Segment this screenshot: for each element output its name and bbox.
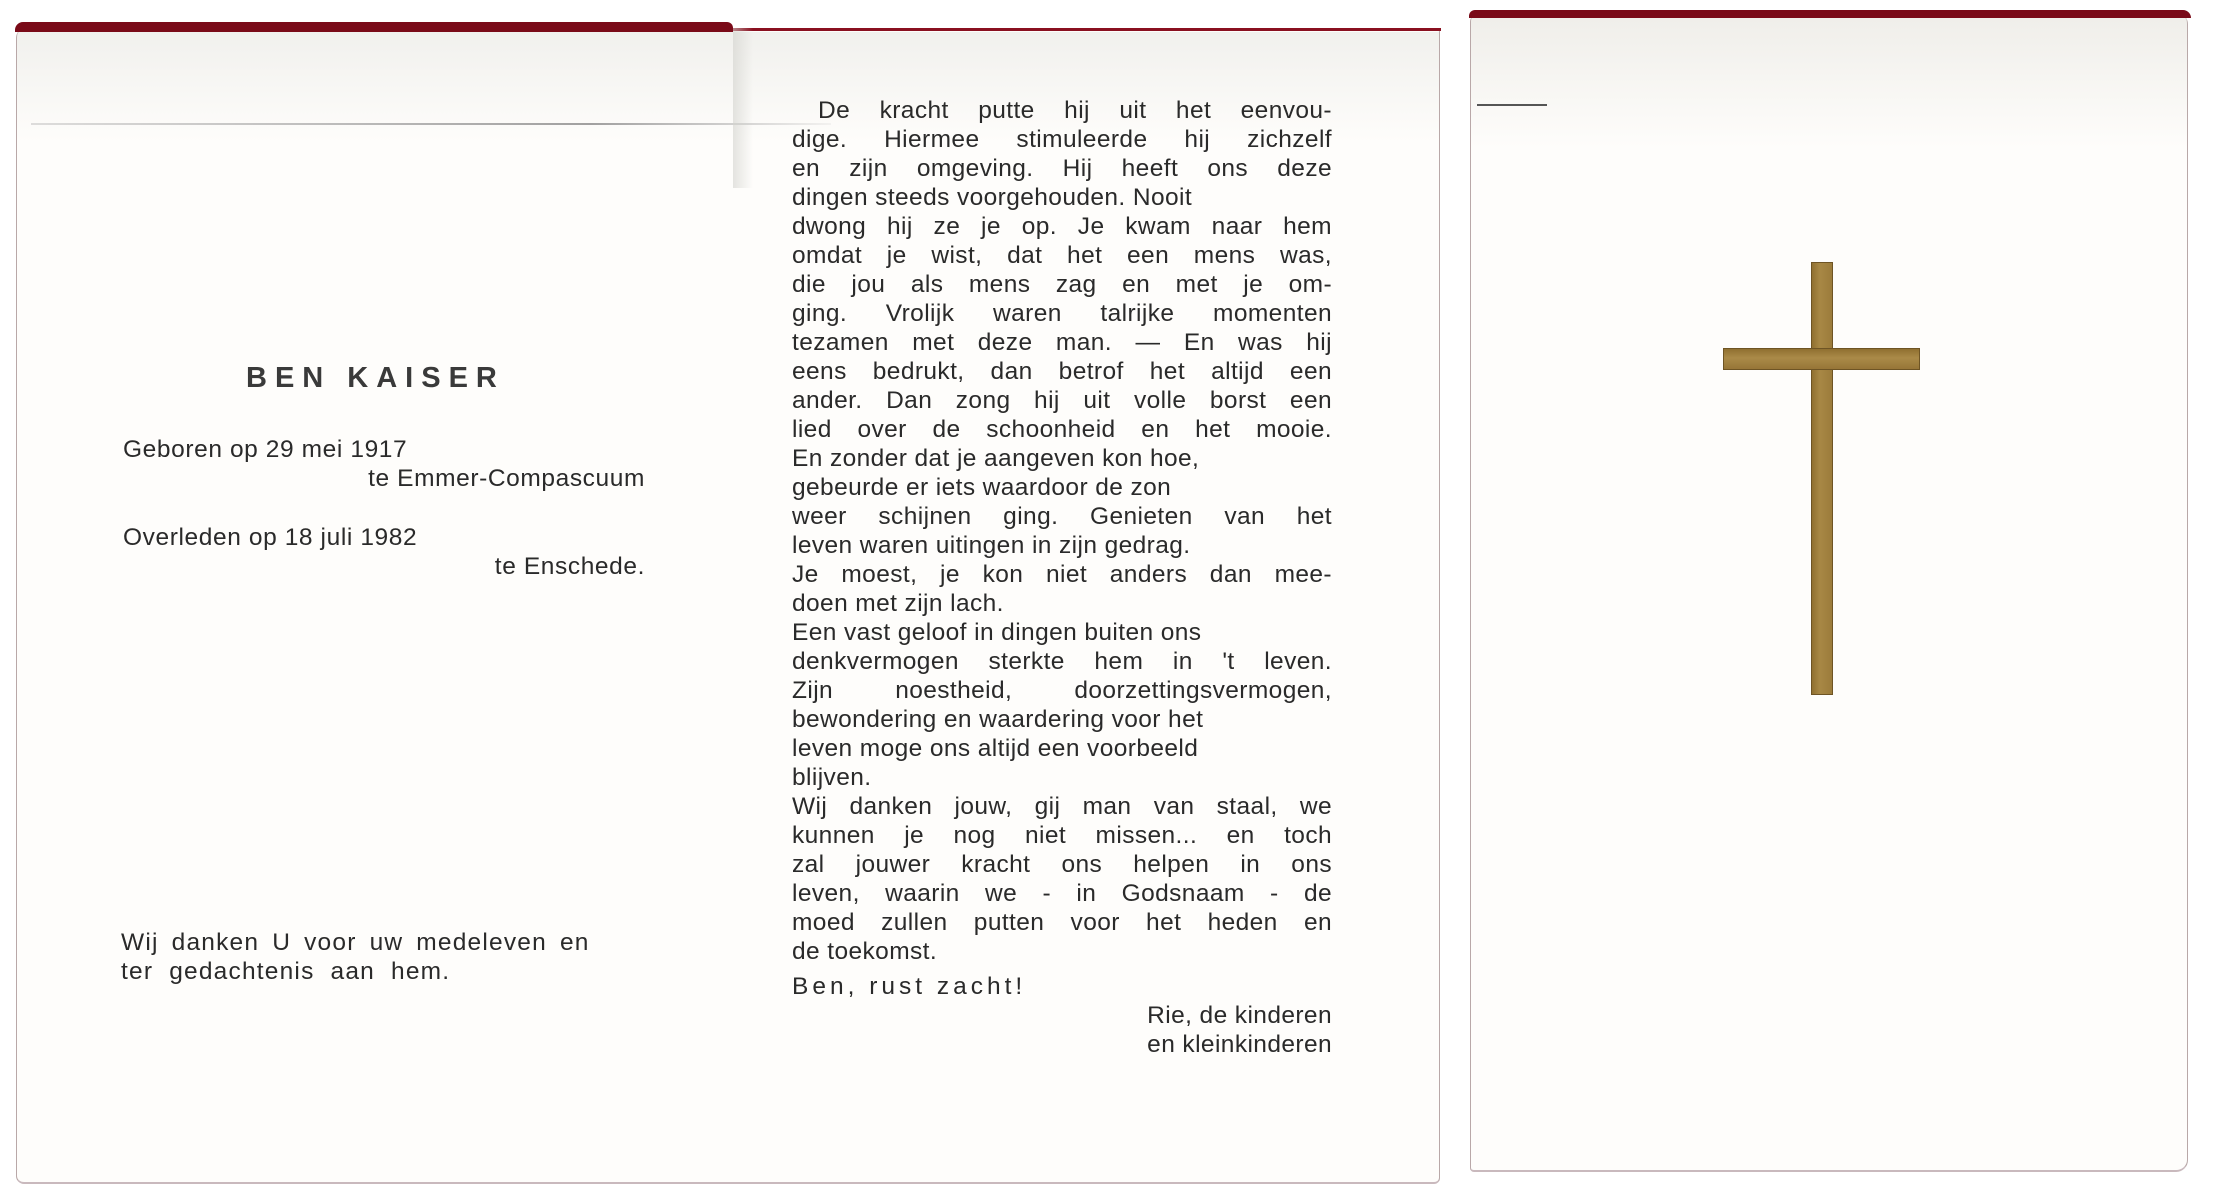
text-line: moed zullen putten voor het heden en: [792, 908, 1332, 937]
text-line: eens bedrukt, dan betrof het altijd een: [792, 357, 1332, 386]
text-line: de toekomst.: [792, 937, 1332, 966]
memorial-text: De kracht putte hij uit het eenvou-dige.…: [792, 96, 1332, 1059]
text-line: ging. Vrolijk waren talrijke momenten: [792, 299, 1332, 328]
text-line: omdat je wist, dat het een mens was,: [792, 241, 1332, 270]
text-line: En zonder dat je aangeven kon hoe,: [792, 444, 1332, 473]
cross-vertical-bar: [1811, 262, 1833, 695]
birth-date: Geboren op 29 mei 1917: [123, 436, 407, 464]
text-line: Zijn noestheid, doorzettingsvermogen,: [792, 676, 1332, 705]
signature-line: Rie, de kinderen: [792, 1001, 1332, 1030]
deceased-name: BEN KAISER: [246, 362, 505, 395]
text-line: De kracht putte hij uit het eenvou-: [792, 96, 1332, 125]
text-line: dwong hij ze je op. Je kwam naar hem: [792, 212, 1332, 241]
farewell-line: Ben, rust zacht!: [792, 972, 1332, 1001]
birth-place: te Emmer-Compascuum: [300, 465, 645, 493]
text-line: kunnen je nog niet missen... en toch: [792, 821, 1332, 850]
text-line: doen met zijn lach.: [792, 589, 1332, 618]
text-line: Een vast geloof in dingen buiten ons: [792, 618, 1332, 647]
text-line: weer schijnen ging. Genieten van het: [792, 502, 1332, 531]
text-line: dingen steeds voorgehouden. Nooit: [792, 183, 1332, 212]
text-line: leven, waarin we - in Godsnaam - de: [792, 879, 1332, 908]
red-edge: [15, 22, 733, 32]
text-line: bewondering en waardering voor het: [792, 705, 1332, 734]
text-line: blijven.: [792, 763, 1332, 792]
text-line: tezamen met deze man. — En was hij: [792, 328, 1332, 357]
signature-line: en kleinkinderen: [792, 1030, 1332, 1059]
text-line: lied over de schoonheid en het mooie.: [792, 415, 1332, 444]
paper-crease: [1477, 104, 1547, 106]
center-fold: [733, 28, 753, 188]
text-line: denkvermogen sterkte hem in 't leven.: [792, 647, 1332, 676]
red-edge: [1469, 10, 2191, 18]
cross-horizontal-bar: [1723, 348, 1920, 370]
paper-crease: [31, 123, 831, 125]
death-date: Overleden op 18 juli 1982: [123, 524, 417, 552]
text-line: zal jouwer kracht ons helpen in ons: [792, 850, 1332, 879]
text-line: dige. Hiermee stimuleerde hij zichzelf: [792, 125, 1332, 154]
thanks-line-2: ter gedachtenis aan hem.: [121, 958, 450, 986]
text-line: leven moge ons altijd een voorbeeld: [792, 734, 1332, 763]
red-edge: [733, 28, 1441, 31]
text-line: gebeurde er iets waardoor de zon: [792, 473, 1332, 502]
death-place: te Enschede.: [400, 553, 645, 581]
text-line: leven waren uitingen in zijn gedrag.: [792, 531, 1332, 560]
text-line: ander. Dan zong hij uit volle borst een: [792, 386, 1332, 415]
text-line: en zijn omgeving. Hij heeft ons deze: [792, 154, 1332, 183]
text-line: die jou als mens zag en met je om-: [792, 270, 1332, 299]
thanks-line-1: Wij danken U voor uw medeleven en: [121, 929, 590, 957]
paper-shading: [1471, 18, 2187, 148]
text-line: Je moest, je kon niet anders dan mee-: [792, 560, 1332, 589]
text-line: Wij danken jouw, gij man van staal, we: [792, 792, 1332, 821]
